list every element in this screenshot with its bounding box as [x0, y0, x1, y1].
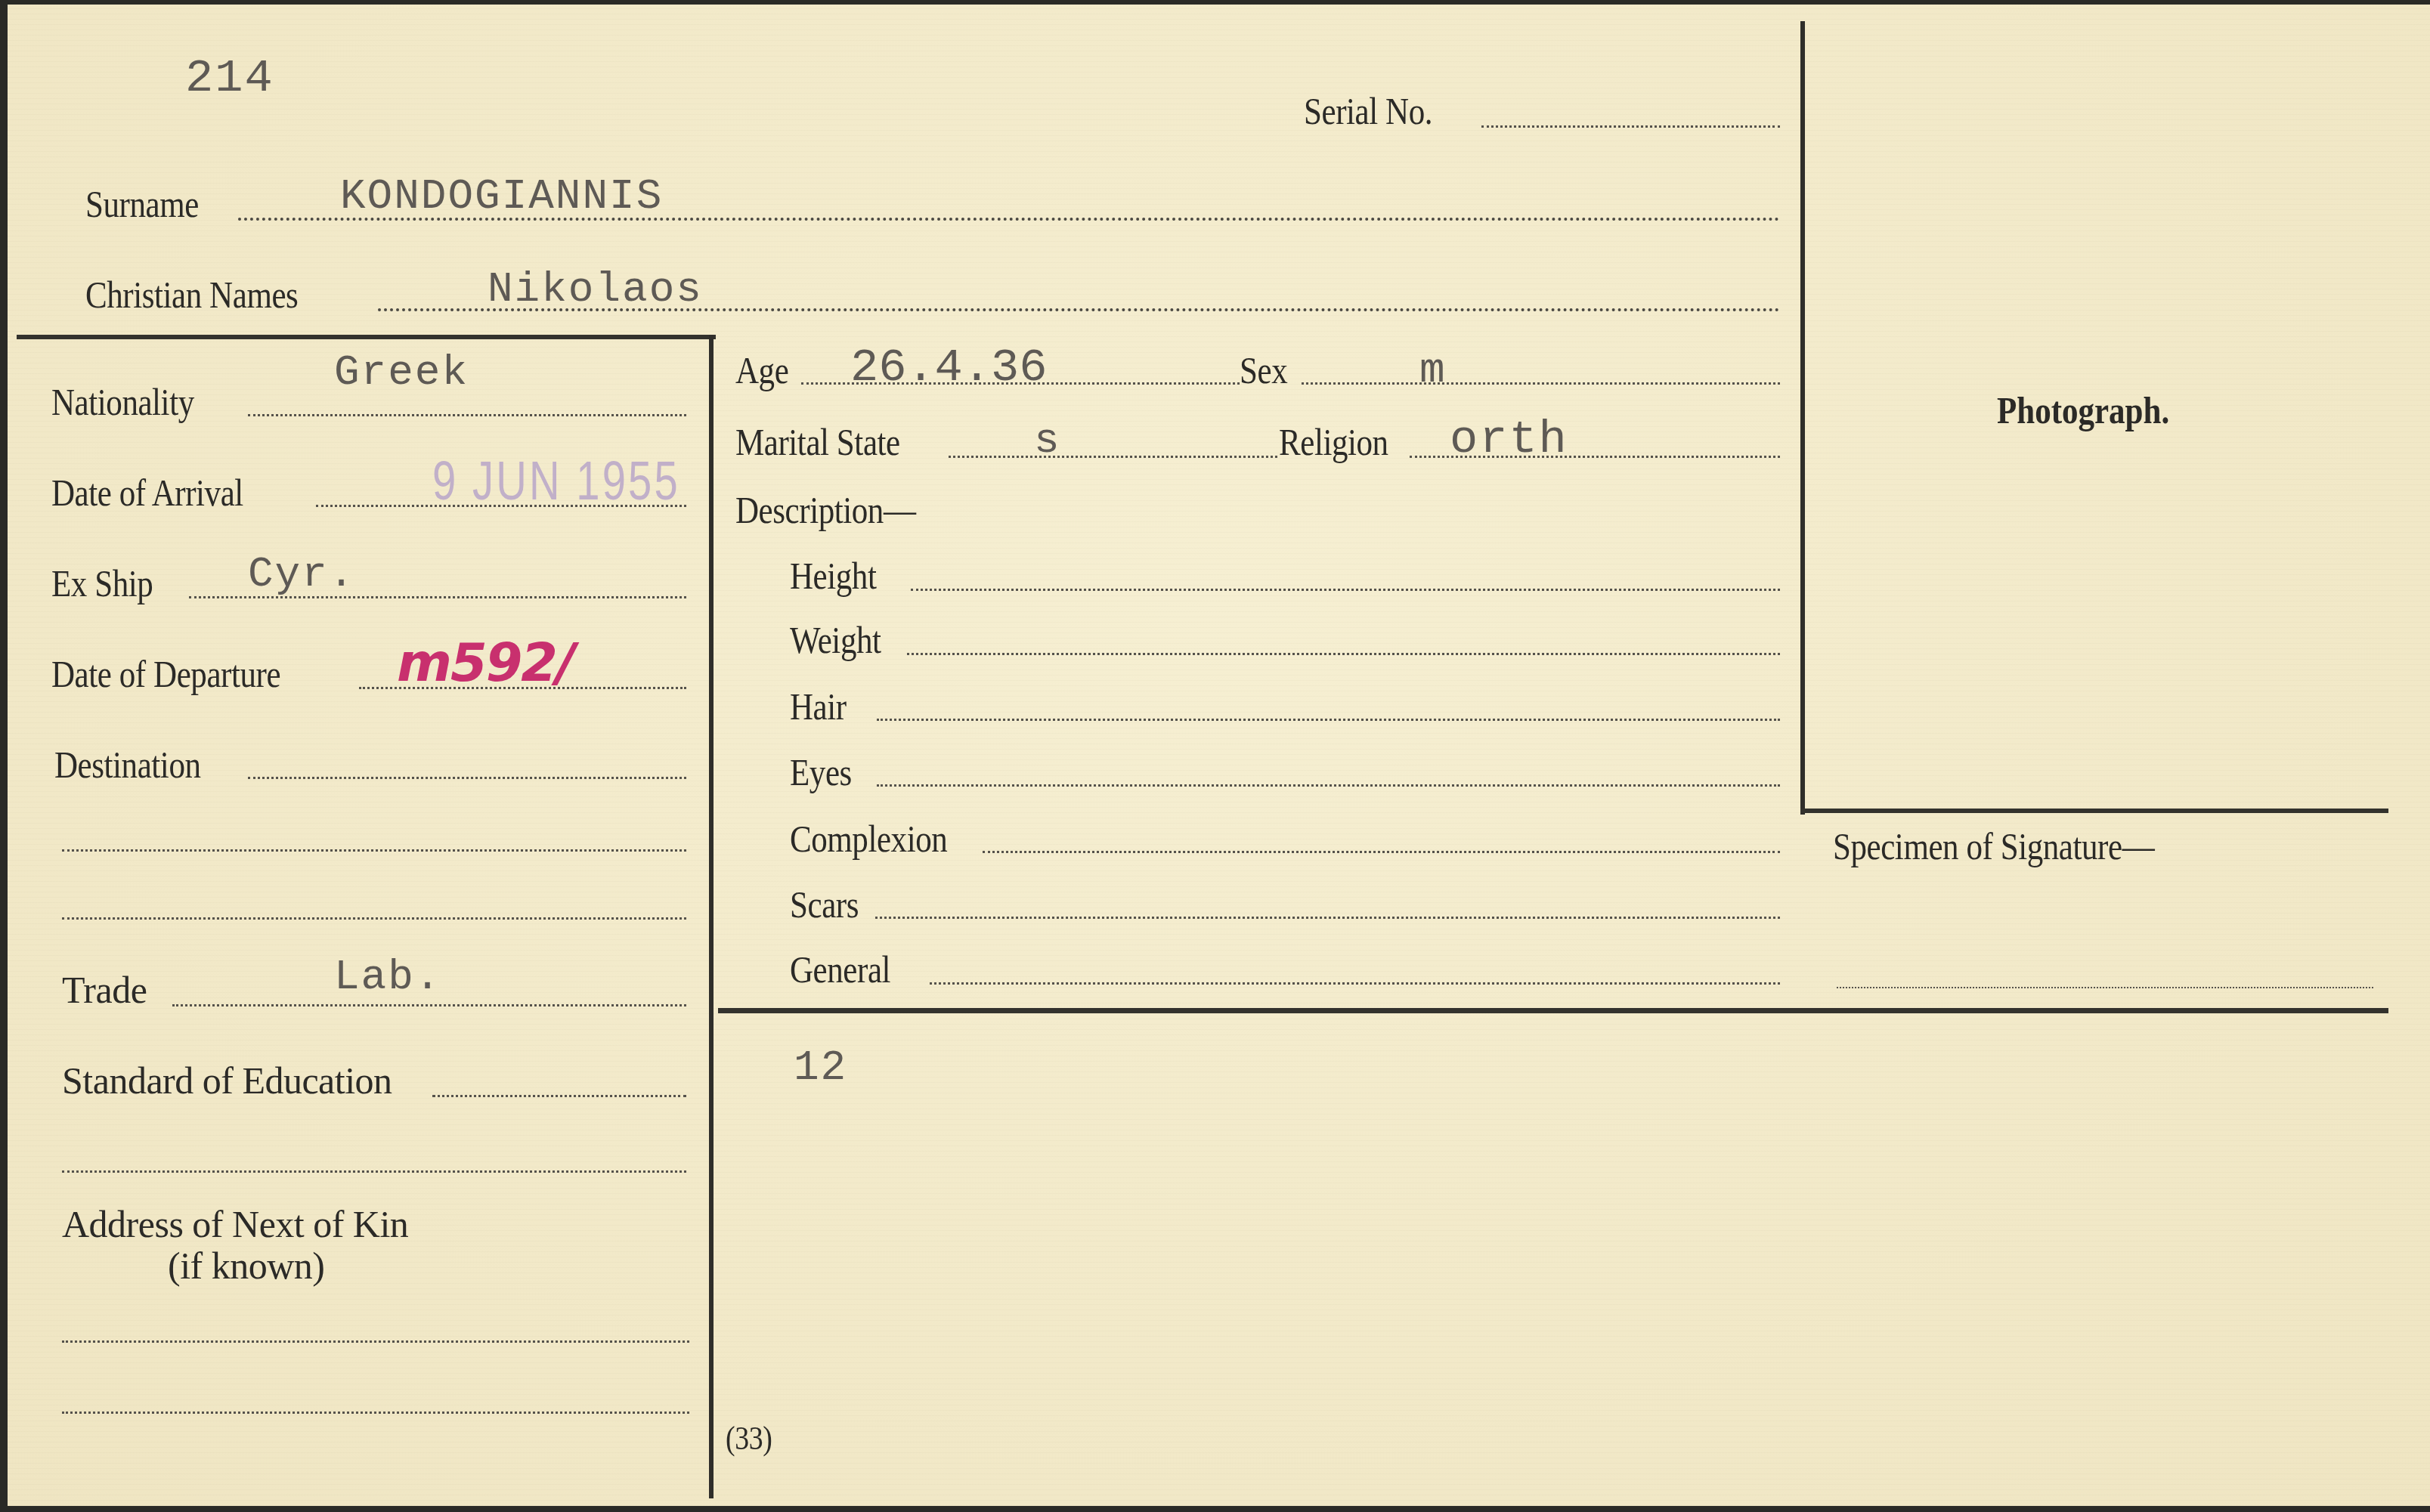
- ex-ship-value: Cyr.: [248, 550, 355, 598]
- scars-field[interactable]: [875, 917, 1780, 919]
- note-number: 12: [794, 1044, 847, 1092]
- registration-card: 214 Serial No. Surname KONDOGIANNIS Chri…: [0, 0, 2430, 1512]
- height-label: Height: [790, 554, 876, 598]
- destination-field[interactable]: [248, 777, 686, 779]
- next-of-kin-field-line-1[interactable]: [62, 1340, 689, 1343]
- photo-box-left-rule: [1800, 21, 1805, 815]
- eyes-field[interactable]: [877, 784, 1780, 787]
- photograph-area[interactable]: [1806, 21, 2388, 807]
- age-value: 26.4.36: [850, 341, 1047, 394]
- ex-ship-label: Ex Ship: [51, 561, 153, 605]
- age-label: Age: [735, 348, 788, 392]
- surname-label: Surname: [85, 182, 199, 226]
- marital-state-label: Marital State: [735, 420, 900, 464]
- sex-value: m: [1419, 346, 1447, 394]
- next-of-kin-sublabel: (if known): [168, 1244, 324, 1288]
- sex-label: Sex: [1240, 348, 1287, 392]
- hair-label: Hair: [790, 685, 847, 728]
- date-of-arrival-stamp: 9 JUN 1955: [432, 450, 680, 512]
- standard-of-education-field[interactable]: [432, 1095, 686, 1097]
- nationality-label: Nationality: [51, 380, 194, 424]
- religion-value: orth: [1450, 413, 1568, 466]
- destination-label: Destination: [54, 743, 201, 787]
- left-box-top-rule: [17, 335, 716, 339]
- serial-no-label: Serial No.: [1304, 89, 1432, 133]
- next-of-kin-field-line-2[interactable]: [62, 1412, 689, 1414]
- weight-field[interactable]: [907, 653, 1780, 655]
- christian-names-label: Christian Names: [85, 273, 298, 317]
- trade-label: Trade: [62, 968, 147, 1012]
- record-number: 214: [185, 51, 274, 105]
- standard-of-education-label: Standard of Education: [62, 1059, 392, 1102]
- marital-state-value: s: [1034, 416, 1061, 465]
- weight-label: Weight: [790, 618, 881, 662]
- serial-no-field[interactable]: [1481, 125, 1780, 128]
- photo-box-bottom-rule: [1800, 809, 2388, 813]
- standard-of-education-field-line-2[interactable]: [62, 1170, 686, 1173]
- marital-state-field[interactable]: [949, 456, 1277, 458]
- trade-field[interactable]: [172, 1004, 686, 1006]
- nationality-value: Greek: [334, 348, 469, 397]
- christian-names-value: Nikolaos: [488, 265, 703, 314]
- height-field[interactable]: [911, 589, 1780, 591]
- surname-value: KONDOGIANNIS: [340, 172, 663, 221]
- date-of-departure-label: Date of Departure: [51, 652, 280, 696]
- destination-field-line-3[interactable]: [62, 917, 686, 920]
- date-of-arrival-label: Date of Arrival: [51, 471, 243, 515]
- middle-divider-rule: [718, 1008, 2388, 1013]
- general-label: General: [790, 948, 890, 991]
- complexion-field[interactable]: [983, 851, 1780, 853]
- general-field[interactable]: [930, 982, 1780, 985]
- complexion-label: Complexion: [790, 817, 947, 861]
- description-heading: Description—: [735, 488, 915, 532]
- signature-label: Specimen of Signature—: [1833, 824, 2154, 868]
- next-of-kin-label: Address of Next of Kin: [62, 1202, 408, 1246]
- form-number: (33): [726, 1419, 772, 1458]
- hair-field[interactable]: [877, 719, 1780, 721]
- destination-field-line-2[interactable]: [62, 849, 686, 852]
- nationality-field[interactable]: [248, 414, 686, 416]
- trade-value: Lab.: [334, 953, 441, 1001]
- religion-label: Religion: [1279, 420, 1388, 464]
- scars-label: Scars: [790, 883, 859, 926]
- eyes-label: Eyes: [790, 750, 852, 794]
- left-box-divider: [709, 335, 714, 1498]
- signature-field[interactable]: [1837, 987, 2373, 988]
- date-of-departure-handwritten: m592/: [397, 632, 574, 694]
- sex-field[interactable]: [1302, 382, 1780, 385]
